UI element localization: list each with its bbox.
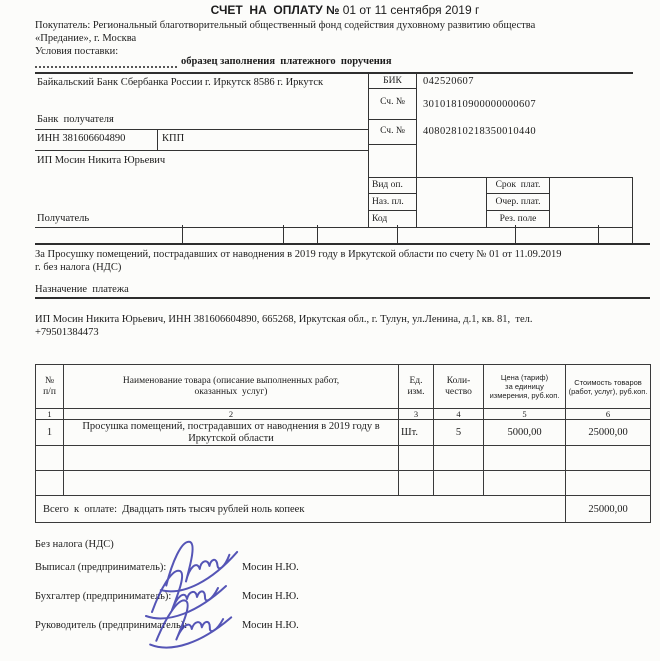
inn-value: ИНН 381606604890 (37, 133, 125, 145)
corr-account-label: Сч. № (369, 89, 416, 120)
header-name: Наименование товара (описание выполненны… (64, 365, 399, 409)
colnum-cell: 1 (36, 409, 64, 420)
page-title: СЧЕТ НА ОПЛАТУ № 01 от 11 сентября 2019 … (30, 3, 660, 17)
colnum-cell: 4 (434, 409, 484, 420)
strip-divider (515, 225, 516, 243)
item-sum: 25000,00 (566, 420, 651, 446)
item-row: 1 Просушка помещений, пострадавших от на… (36, 420, 651, 446)
empty-cell (64, 446, 399, 471)
sample-caption-row: образец заполнения платежного поручения (35, 56, 633, 68)
item-name: Просушка помещений, пострадавших от наво… (64, 420, 399, 446)
strip-divider (317, 225, 318, 243)
label-column: БИК Сч. № Сч. № Вид оп. Наз. пл. Код (368, 74, 417, 227)
separator-line (35, 297, 650, 299)
naz-pl-label: Наз. пл. (369, 194, 416, 211)
empty-cell (484, 446, 566, 471)
corr-account-value: 30101810900000000607 (423, 99, 536, 111)
buyer-paragraph: Покупатель: Региональный благотворительн… (35, 19, 627, 45)
empty-cell (36, 471, 64, 496)
payee-label: Получатель (37, 213, 89, 225)
empty-cell (399, 446, 434, 471)
empty-row (36, 446, 651, 471)
colnum-cell: 2 (64, 409, 399, 420)
ocher-plat-label: Очер. плат. (487, 194, 549, 211)
divider (35, 150, 368, 151)
empty-cell (566, 446, 651, 471)
buyer-label: Покупатель: (35, 20, 90, 31)
empty-cell (566, 471, 651, 496)
header-num: № п/п (36, 365, 64, 409)
header-qty: Коли- чество (434, 365, 484, 409)
bank-name: Байкальский Банк Сбербанка России г. Ирк… (37, 77, 365, 89)
title-label: СЧЕТ НА ОПЛАТУ № (211, 3, 340, 17)
bank-label: Банк получателя (37, 114, 114, 126)
account-label: Сч. № (369, 120, 416, 145)
colnum-cell: 5 (484, 409, 566, 420)
item-qty: 5 (434, 420, 484, 446)
payee-name: ИП Мосин Никита Юрьевич (37, 155, 165, 167)
strip-divider (182, 225, 183, 243)
items-table: № п/п Наименование товара (описание выпо… (35, 364, 651, 523)
bik-value: 042520607 (423, 76, 474, 88)
buyer-text: Региональный благотворительный обществен… (35, 20, 535, 44)
item-price: 5000,00 (484, 420, 566, 446)
invoice-document: СЧЕТ НА ОПЛАТУ № 01 от 11 сентября 2019 … (0, 0, 660, 661)
divider (157, 129, 158, 150)
account-value: 40802810218350010440 (423, 126, 536, 138)
empty-row (36, 471, 651, 496)
item-unit: Шт. (399, 420, 434, 446)
colnum-cell: 3 (399, 409, 434, 420)
divider (632, 177, 633, 227)
empty-cell (434, 471, 484, 496)
item-num: 1 (36, 420, 64, 446)
srok-plat-label: Срок плат. (487, 177, 549, 194)
kpp-label: КПП (162, 133, 184, 145)
title-number: 01 от 11 сентября 2019 г (339, 3, 479, 17)
separator-line (35, 243, 650, 245)
header-price: Цена (тариф) за единицу измерения, руб.к… (484, 365, 566, 409)
sample-caption: образец заполнения платежного поручения (177, 56, 392, 68)
strip-divider (598, 225, 599, 243)
colnum-cell: 6 (566, 409, 651, 420)
divider (35, 129, 368, 130)
empty-cell (399, 471, 434, 496)
dotted-leader (35, 56, 177, 68)
handwritten-signatures (138, 532, 268, 660)
items-header-row: № п/п Наименование товара (описание выпо… (36, 365, 651, 409)
column-number-row: 1 2 3 4 5 6 (36, 409, 651, 420)
header-unit: Ед. изм. (399, 365, 434, 409)
right-label-column: Срок плат. Очер. плат. Рез. поле (486, 177, 550, 227)
total-label-cell: Всего к оплате: Двадцать пять тысяч рубл… (36, 496, 566, 523)
total-row: Всего к оплате: Двадцать пять тысяч рубл… (36, 496, 651, 523)
header-sum: Стоимость товаров (работ, услуг), руб.ко… (566, 365, 651, 409)
payment-purpose-label: Назначение платежа (35, 284, 129, 295)
strip-divider (397, 225, 398, 243)
empty-cell (434, 446, 484, 471)
bik-label: БИК (369, 74, 416, 89)
supplier-paragraph: ИП Мосин Никита Юрьевич, ИНН 38160660489… (35, 313, 637, 339)
no-vat-note: Без налога (НДС) (35, 538, 114, 551)
payment-purpose-text: За Просушку помещений, пострадавших от н… (35, 248, 637, 274)
empty-cell (484, 471, 566, 496)
details-strip (35, 225, 633, 243)
vid-op-label: Вид оп. (369, 177, 416, 194)
empty-cell (36, 446, 64, 471)
bank-requisites-table: Байкальский Банк Сбербанка России г. Ирк… (35, 72, 633, 228)
total-value-cell: 25000,00 (566, 496, 651, 523)
empty-cell (64, 471, 399, 496)
signature-stroke (146, 537, 241, 650)
strip-divider (283, 225, 284, 243)
